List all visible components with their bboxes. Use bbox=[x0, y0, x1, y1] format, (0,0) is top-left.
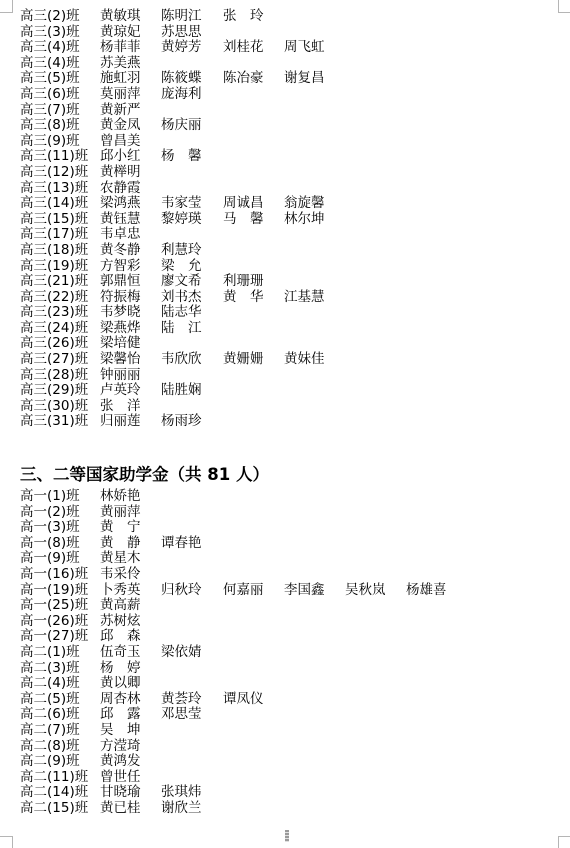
student-name: 黄以卿 bbox=[100, 676, 141, 692]
student-name: 谢欣兰 bbox=[161, 801, 202, 817]
class-label: 高三(28)班 bbox=[20, 368, 88, 384]
class-label: 高二(14)班 bbox=[20, 785, 88, 801]
class-label: 高一(25)班 bbox=[20, 598, 88, 614]
class-label: 高三(29)班 bbox=[20, 383, 88, 399]
class-label: 高三(21)班 bbox=[20, 274, 88, 290]
student-name: 伍奇玉 bbox=[100, 645, 141, 661]
student-name: 刘书杰 bbox=[161, 290, 202, 306]
class-label: 高三(14)班 bbox=[20, 196, 88, 212]
class-label: 高三(15)班 bbox=[20, 212, 88, 228]
student-name: 吴秋岚 bbox=[345, 583, 386, 599]
student-name: 杨 馨 bbox=[161, 149, 202, 165]
student-name: 邱 森 bbox=[100, 629, 141, 645]
class-label: 高二(5)班 bbox=[20, 692, 80, 708]
class-label: 高三(5)班 bbox=[20, 71, 80, 87]
student-name: 黄妹佳 bbox=[284, 352, 325, 368]
student-name: 苏树炫 bbox=[100, 614, 141, 630]
student-name: 黄 宁 bbox=[100, 520, 141, 536]
student-name: 谭凤仪 bbox=[223, 692, 264, 708]
student-name: 苏思思 bbox=[161, 25, 202, 41]
student-name: 张 玲 bbox=[223, 9, 264, 25]
student-name: 梁依婧 bbox=[161, 645, 202, 661]
student-name: 李国鑫 bbox=[284, 583, 325, 599]
class-label: 高一(2)班 bbox=[20, 505, 80, 521]
student-name: 农静霞 bbox=[100, 181, 141, 197]
class-label: 高二(7)班 bbox=[20, 723, 80, 739]
student-name: 张 洋 bbox=[100, 399, 141, 415]
student-name: 甘晓瑜 bbox=[100, 785, 141, 801]
student-name: 黄榉明 bbox=[100, 165, 141, 181]
class-label: 高一(1)班 bbox=[20, 489, 80, 505]
class-label: 高三(8)班 bbox=[20, 118, 80, 134]
class-label: 高一(9)班 bbox=[20, 551, 80, 567]
student-name: 杨庆丽 bbox=[161, 118, 202, 134]
class-label: 高三(4)班 bbox=[20, 40, 80, 56]
student-name: 陈明江 bbox=[161, 9, 202, 25]
student-name: 莫丽萍 bbox=[100, 87, 141, 103]
student-name: 邱 露 bbox=[100, 707, 141, 723]
student-name: 黄荟玲 bbox=[161, 692, 202, 708]
student-name: 梁鸿燕 bbox=[100, 196, 141, 212]
class-label: 高三(26)班 bbox=[20, 336, 88, 352]
student-name: 梁 允 bbox=[161, 259, 202, 275]
student-name: 黄丽萍 bbox=[100, 505, 141, 521]
student-name: 方滢琦 bbox=[100, 739, 141, 755]
student-name: 林娇艳 bbox=[100, 489, 141, 505]
student-name: 廖文希 bbox=[161, 274, 202, 290]
student-name: 周诚昌 bbox=[223, 196, 264, 212]
student-name: 陆志华 bbox=[161, 305, 202, 321]
student-name: 黄姗姗 bbox=[223, 352, 264, 368]
student-name: 杨菲菲 bbox=[100, 40, 141, 56]
class-label: 高三(9)班 bbox=[20, 134, 80, 150]
student-name: 江基慧 bbox=[284, 290, 325, 306]
student-name: 谢复昌 bbox=[284, 71, 325, 87]
class-label: 高三(2)班 bbox=[20, 9, 80, 25]
class-label: 高二(15)班 bbox=[20, 801, 88, 817]
class-label: 高三(18)班 bbox=[20, 243, 88, 259]
class-label: 高二(1)班 bbox=[20, 645, 80, 661]
class-label: 高二(3)班 bbox=[20, 661, 80, 677]
class-label: 高三(22)班 bbox=[20, 290, 88, 306]
class-label: 高三(12)班 bbox=[20, 165, 88, 181]
student-name: 林尔坤 bbox=[284, 212, 325, 228]
student-name: 邱小红 bbox=[100, 149, 141, 165]
student-name: 邓思莹 bbox=[161, 707, 202, 723]
student-name: 黄星木 bbox=[100, 551, 141, 567]
student-name: 曾世任 bbox=[100, 770, 141, 786]
class-label: 高二(9)班 bbox=[20, 754, 80, 770]
student-name: 杨雄喜 bbox=[406, 583, 447, 599]
class-label: 高三(23)班 bbox=[20, 305, 88, 321]
page-corner-mark bbox=[558, 0, 570, 13]
student-name: 吴 坤 bbox=[100, 723, 141, 739]
student-name: 韦采伶 bbox=[100, 567, 141, 583]
student-name: 黄琼妃 bbox=[100, 25, 141, 41]
student-name: 陈筱蝶 bbox=[161, 71, 202, 87]
class-label: 高三(27)班 bbox=[20, 352, 88, 368]
student-name: 黄敏琪 bbox=[100, 9, 141, 25]
student-name: 黄冬静 bbox=[100, 243, 141, 259]
student-name: 黄 华 bbox=[223, 290, 264, 306]
page-corner-mark bbox=[0, 836, 13, 848]
student-name: 黄钰慧 bbox=[100, 212, 141, 228]
student-name: 谭春艳 bbox=[161, 536, 202, 552]
student-name: 韦梦晓 bbox=[100, 305, 141, 321]
student-name: 黎婷瑛 bbox=[161, 212, 202, 228]
student-name: 周杏林 bbox=[100, 692, 141, 708]
student-name: 钟丽丽 bbox=[100, 368, 141, 384]
class-label: 高三(13)班 bbox=[20, 181, 88, 197]
class-label: 高三(17)班 bbox=[20, 227, 88, 243]
student-name: 刘桂花 bbox=[223, 40, 264, 56]
student-name: 卢英玲 bbox=[100, 383, 141, 399]
class-label: 高二(4)班 bbox=[20, 676, 80, 692]
class-label: 高二(6)班 bbox=[20, 707, 80, 723]
student-name: 杨雨珍 bbox=[161, 414, 202, 430]
student-name: 梁培健 bbox=[100, 336, 141, 352]
student-name: 张琪炜 bbox=[161, 785, 202, 801]
student-name: 归秋玲 bbox=[161, 583, 202, 599]
class-label: 高三(3)班 bbox=[20, 25, 80, 41]
student-name: 方智彩 bbox=[100, 259, 141, 275]
student-name: 苏美燕 bbox=[100, 56, 141, 72]
page-corner-mark bbox=[0, 0, 13, 13]
student-name: 陆胜娴 bbox=[161, 383, 202, 399]
student-name: 黄已桂 bbox=[100, 801, 141, 817]
student-name: 卜秀英 bbox=[100, 583, 141, 599]
student-name: 陈冶豪 bbox=[223, 71, 264, 87]
class-label: 高一(26)班 bbox=[20, 614, 88, 630]
student-name: 何嘉丽 bbox=[223, 583, 264, 599]
student-name: 韦卓忠 bbox=[100, 227, 141, 243]
class-label: 高三(11)班 bbox=[20, 149, 88, 165]
class-label: 高一(19)班 bbox=[20, 583, 88, 599]
student-name: 马 馨 bbox=[223, 212, 264, 228]
student-name: 归丽莲 bbox=[100, 414, 141, 430]
document-page: 高三(2)班黄敏琪陈明江张 玲高三(3)班黄琼妃苏思思高三(4)班杨菲菲黄婷芳刘… bbox=[0, 0, 570, 848]
student-name: 黄高薪 bbox=[100, 598, 141, 614]
student-name: 利珊珊 bbox=[223, 274, 264, 290]
student-name: 梁馨怡 bbox=[100, 352, 141, 368]
section-heading: 三、二等国家助学金（共 81 人） bbox=[20, 461, 269, 485]
class-label: 高二(11)班 bbox=[20, 770, 88, 786]
student-name: 黄婷芳 bbox=[161, 40, 202, 56]
class-label: 高三(7)班 bbox=[20, 103, 80, 119]
student-name: 周飞虹 bbox=[284, 40, 325, 56]
class-label: 高三(19)班 bbox=[20, 259, 88, 275]
student-name: 陆 江 bbox=[161, 321, 202, 337]
student-name: 韦家莹 bbox=[161, 196, 202, 212]
page-break-marker bbox=[285, 830, 289, 842]
student-name: 符振梅 bbox=[100, 290, 141, 306]
student-name: 黄鸿发 bbox=[100, 754, 141, 770]
student-name: 翁旋馨 bbox=[284, 196, 325, 212]
class-label: 高二(8)班 bbox=[20, 739, 80, 755]
class-label: 高一(16)班 bbox=[20, 567, 88, 583]
student-name: 黄新严 bbox=[100, 103, 141, 119]
student-name: 施虹羽 bbox=[100, 71, 141, 87]
student-name: 庞海利 bbox=[161, 87, 202, 103]
student-name: 郭鼎恒 bbox=[100, 274, 141, 290]
student-name: 韦欣欣 bbox=[161, 352, 202, 368]
class-label: 高一(27)班 bbox=[20, 629, 88, 645]
student-name: 利慧玲 bbox=[161, 243, 202, 259]
class-label: 高一(3)班 bbox=[20, 520, 80, 536]
student-name: 黄金凤 bbox=[100, 118, 141, 134]
class-label: 高三(31)班 bbox=[20, 414, 88, 430]
class-label: 高三(6)班 bbox=[20, 87, 80, 103]
student-name: 杨 婷 bbox=[100, 661, 141, 677]
student-name: 曾昌美 bbox=[100, 134, 141, 150]
page-corner-mark bbox=[558, 836, 570, 848]
